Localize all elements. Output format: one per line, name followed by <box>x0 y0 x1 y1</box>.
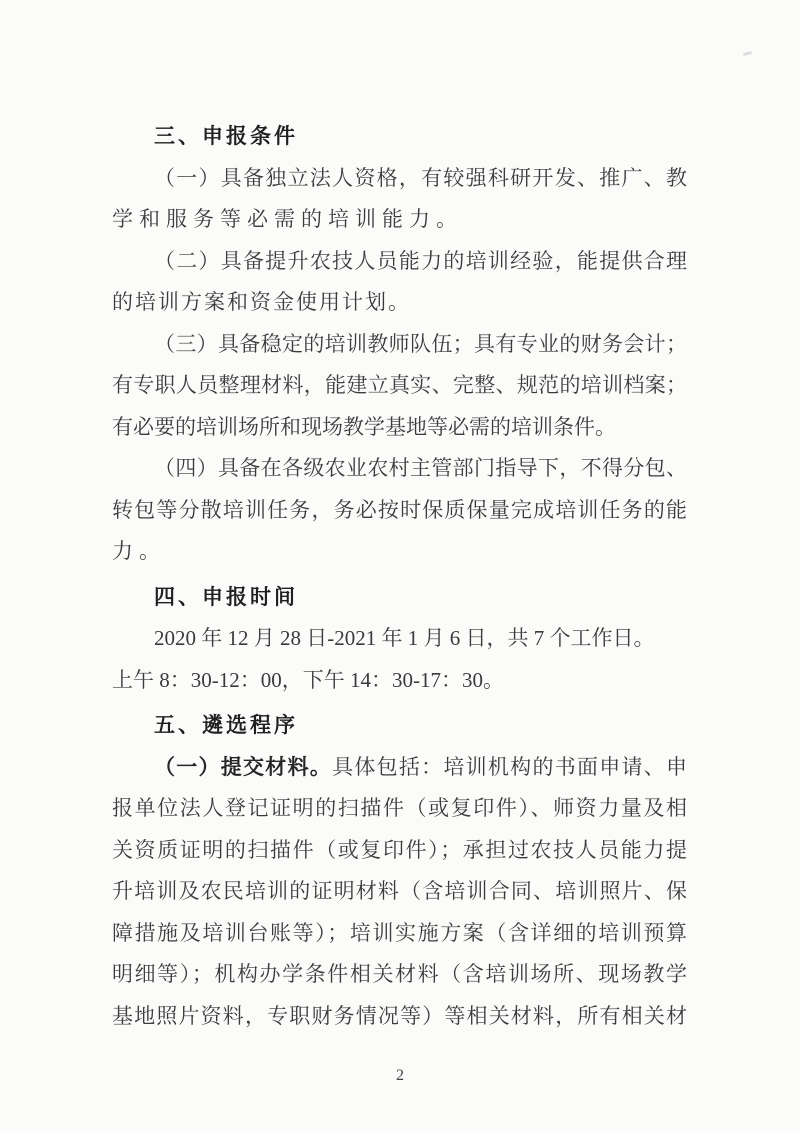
heading-selection-procedure: 五、遴选程序 <box>112 705 687 747</box>
page-number: 2 <box>0 1065 800 1087</box>
condition-2-line: 的培训方案和资金使用计划。 <box>112 282 687 324</box>
scanned-document-page: 三、申报条件 （一）具备独立法人资格，有较强科研开发、推广、教 学和服务等必需的… <box>0 0 800 1131</box>
materials-detail-line: 明细等）；机构办学条件相关材料（含培训场所、现场教学 <box>112 954 687 996</box>
materials-detail-line: 升培训及农民培训的证明材料（含培训合同、培训照片、保 <box>112 871 687 913</box>
condition-3-line: 有专职人员整理材料，能建立真实、完整、规范的培训档案； <box>112 365 687 407</box>
materials-detail-line: 报单位法人登记证明的扫描件（或复印件）、师资力量及相 <box>112 788 687 830</box>
document-body: 三、申报条件 （一）具备独立法人资格，有较强科研开发、推广、教 学和服务等必需的… <box>0 0 800 1037</box>
condition-3-line: 有必要的培训场所和现场教学基地等必需的培训条件。 <box>112 407 687 449</box>
condition-3-line: （三）具备稳定的培训教师队伍；具有专业的财务会计； <box>112 324 687 366</box>
heading-application-conditions: 三、申报条件 <box>112 116 687 158</box>
application-date-line: 2020 年 12 月 28 日-2021 年 1 月 6 日，共 7 个工作日… <box>112 618 687 660</box>
materials-detail-line: 关资质证明的扫描件（或复印件）；承担过农技人员能力提 <box>112 830 687 872</box>
condition-1-line: 学和服务等必需的培训能力。 <box>112 199 687 241</box>
submit-materials-text: 具体包括：培训机构的书面申请、申 <box>332 755 687 779</box>
materials-detail-line: 障措施及培训台账等）；培训实施方案（含详细的培训预算 <box>112 913 687 955</box>
condition-4-line: 转包等分散培训任务，务必按时保质保量完成培训任务的能 <box>112 490 687 532</box>
condition-1-line: （一）具备独立法人资格，有较强科研开发、推广、教 <box>112 158 687 200</box>
heading-application-time: 四、申报时间 <box>112 577 687 619</box>
submit-materials-label: （一）提交材料。 <box>154 755 332 779</box>
application-hours-line: 上午 8：30-12：00，下午 14：30-17：30。 <box>112 660 687 702</box>
submit-materials-line: （一）提交材料。具体包括：培训机构的书面申请、申 <box>112 747 687 789</box>
materials-detail-line: 基地照片资料，专职财务情况等）等相关材料，所有相关材 <box>112 996 687 1038</box>
condition-4-line: （四）具备在各级农业农村主管部门指导下，不得分包、 <box>112 448 687 490</box>
condition-2-line: （二）具备提升农技人员能力的培训经验，能提供合理 <box>112 241 687 283</box>
condition-4-line: 力。 <box>112 531 687 573</box>
